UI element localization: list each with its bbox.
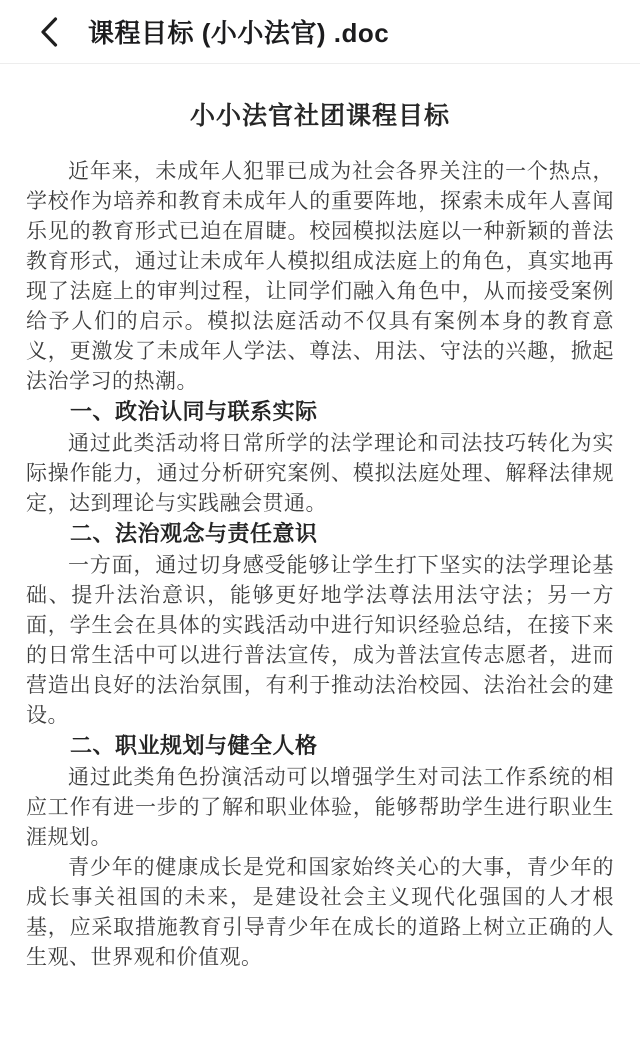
closing-paragraph: 青少年的健康成长是党和国家始终关心的大事，青少年的成长事关祖国的未来，是建设社会… <box>26 852 614 972</box>
document-filename: 课程目标 (小小法官) .doc <box>88 13 389 50</box>
section-heading-1: 一、政治认同与联系实际 <box>26 396 614 428</box>
back-button[interactable] <box>32 10 66 54</box>
document-title: 小小法官社团课程目标 <box>26 96 614 132</box>
section-heading-3: 二、职业规划与健全人格 <box>26 730 614 762</box>
chevron-left-icon <box>40 17 58 47</box>
app-header: 课程目标 (小小法官) .doc <box>0 0 640 64</box>
section-1-paragraph: 通过此类活动将日常所学的法学理论和司法技巧转化为实际操作能力，通过分析研究案例、… <box>26 428 614 518</box>
section-heading-2: 二、法治观念与责任意识 <box>26 518 614 550</box>
document-paragraph-intro: 近年来，未成年人犯罪已成为社会各界关注的一个热点，学校作为培养和教育未成年人的重… <box>26 156 614 396</box>
section-2-paragraph: 一方面，通过切身感受能够让学生打下坚实的法学理论基础、提升法治意识，能够更好地学… <box>26 550 614 730</box>
document-viewer[interactable]: 小小法官社团课程目标 近年来，未成年人犯罪已成为社会各界关注的一个热点，学校作为… <box>0 64 640 1052</box>
section-3-paragraph: 通过此类角色扮演活动可以增强学生对司法工作系统的相应工作有进一步的了解和职业体验… <box>26 762 614 852</box>
